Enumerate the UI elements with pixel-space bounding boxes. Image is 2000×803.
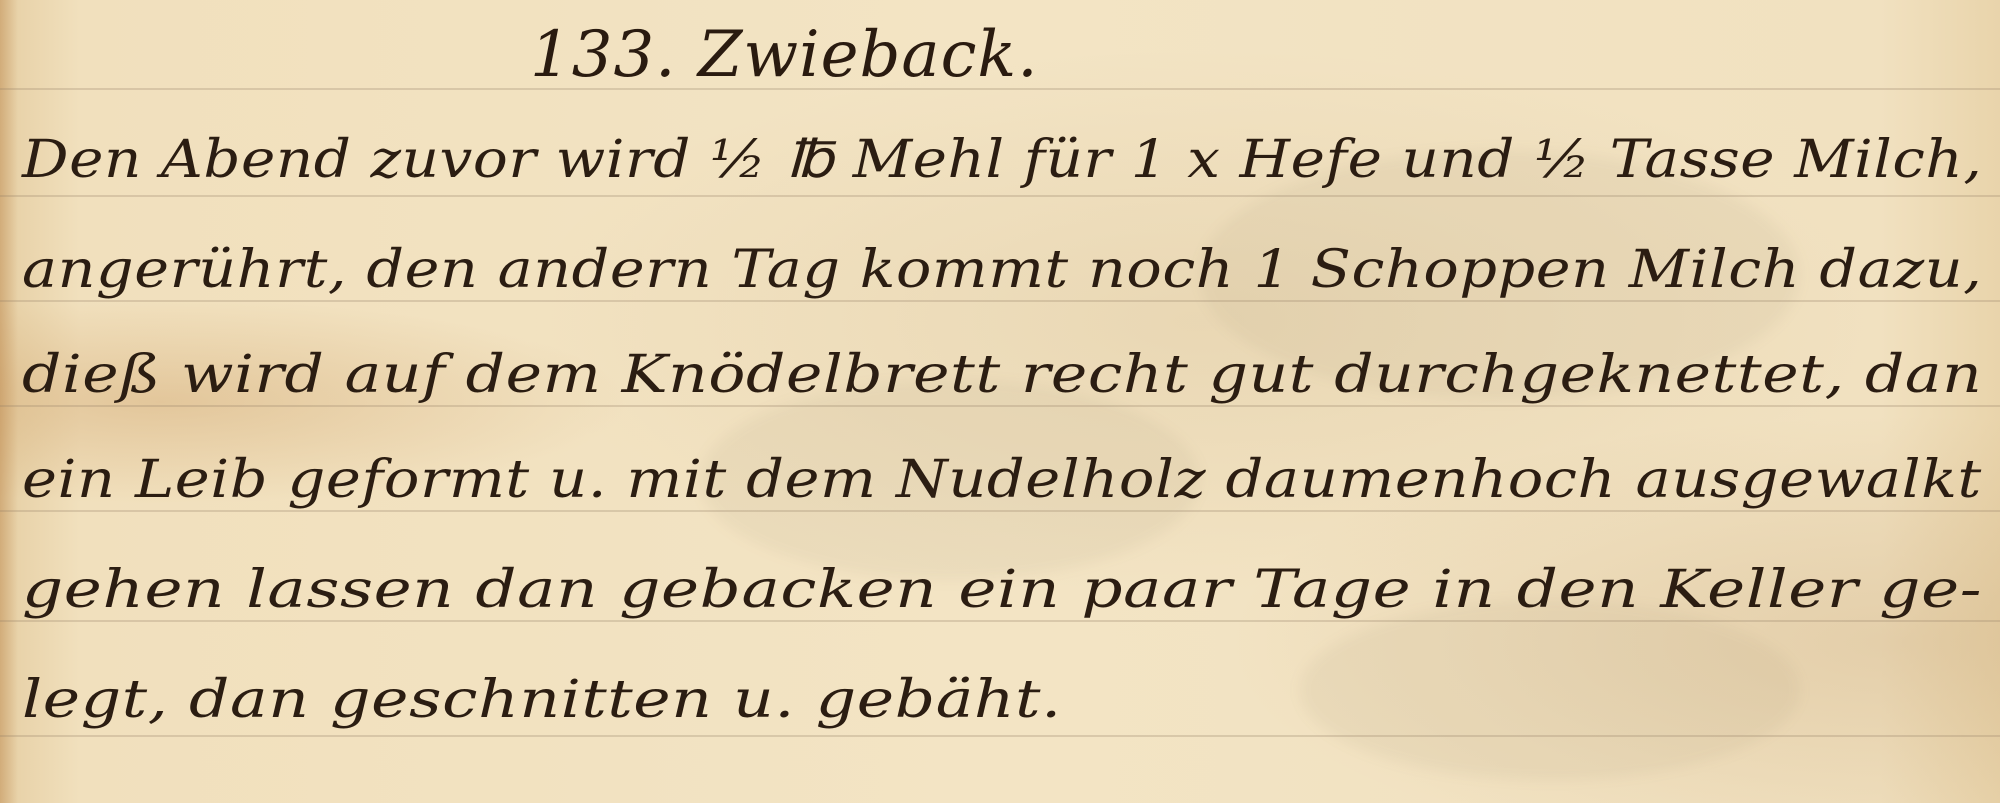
recipe-line-6: legt, dan geschnitten u. gebäht. xyxy=(22,670,1062,730)
ink-bleedthrough xyxy=(1300,600,1800,780)
recipe-line-5: gehen lassen dan gebacken ein paar Tage … xyxy=(22,560,1982,620)
recipe-title: 133. Zwieback. xyxy=(530,18,1039,92)
recipe-line-4: ein Leib geformt u. mit dem Nudelholz da… xyxy=(22,450,1982,510)
ruled-line xyxy=(0,510,2000,512)
ruled-line xyxy=(0,620,2000,622)
recipe-line-1: Den Abend zuvor wird ½ ℔ Mehl für 1 x He… xyxy=(22,130,1982,190)
page-edge-stain xyxy=(0,0,18,803)
ruled-line xyxy=(0,405,2000,407)
ruled-line xyxy=(0,195,2000,197)
ruled-line xyxy=(0,735,2000,737)
recipe-line-2: angerührt, den andern Tag kommt noch 1 S… xyxy=(22,240,1982,300)
manuscript-page: 133. Zwieback. Den Abend zuvor wird ½ ℔ … xyxy=(0,0,2000,803)
recipe-line-3: dieß wird auf dem Knödelbrett recht gut … xyxy=(22,345,1982,405)
ruled-line xyxy=(0,300,2000,302)
